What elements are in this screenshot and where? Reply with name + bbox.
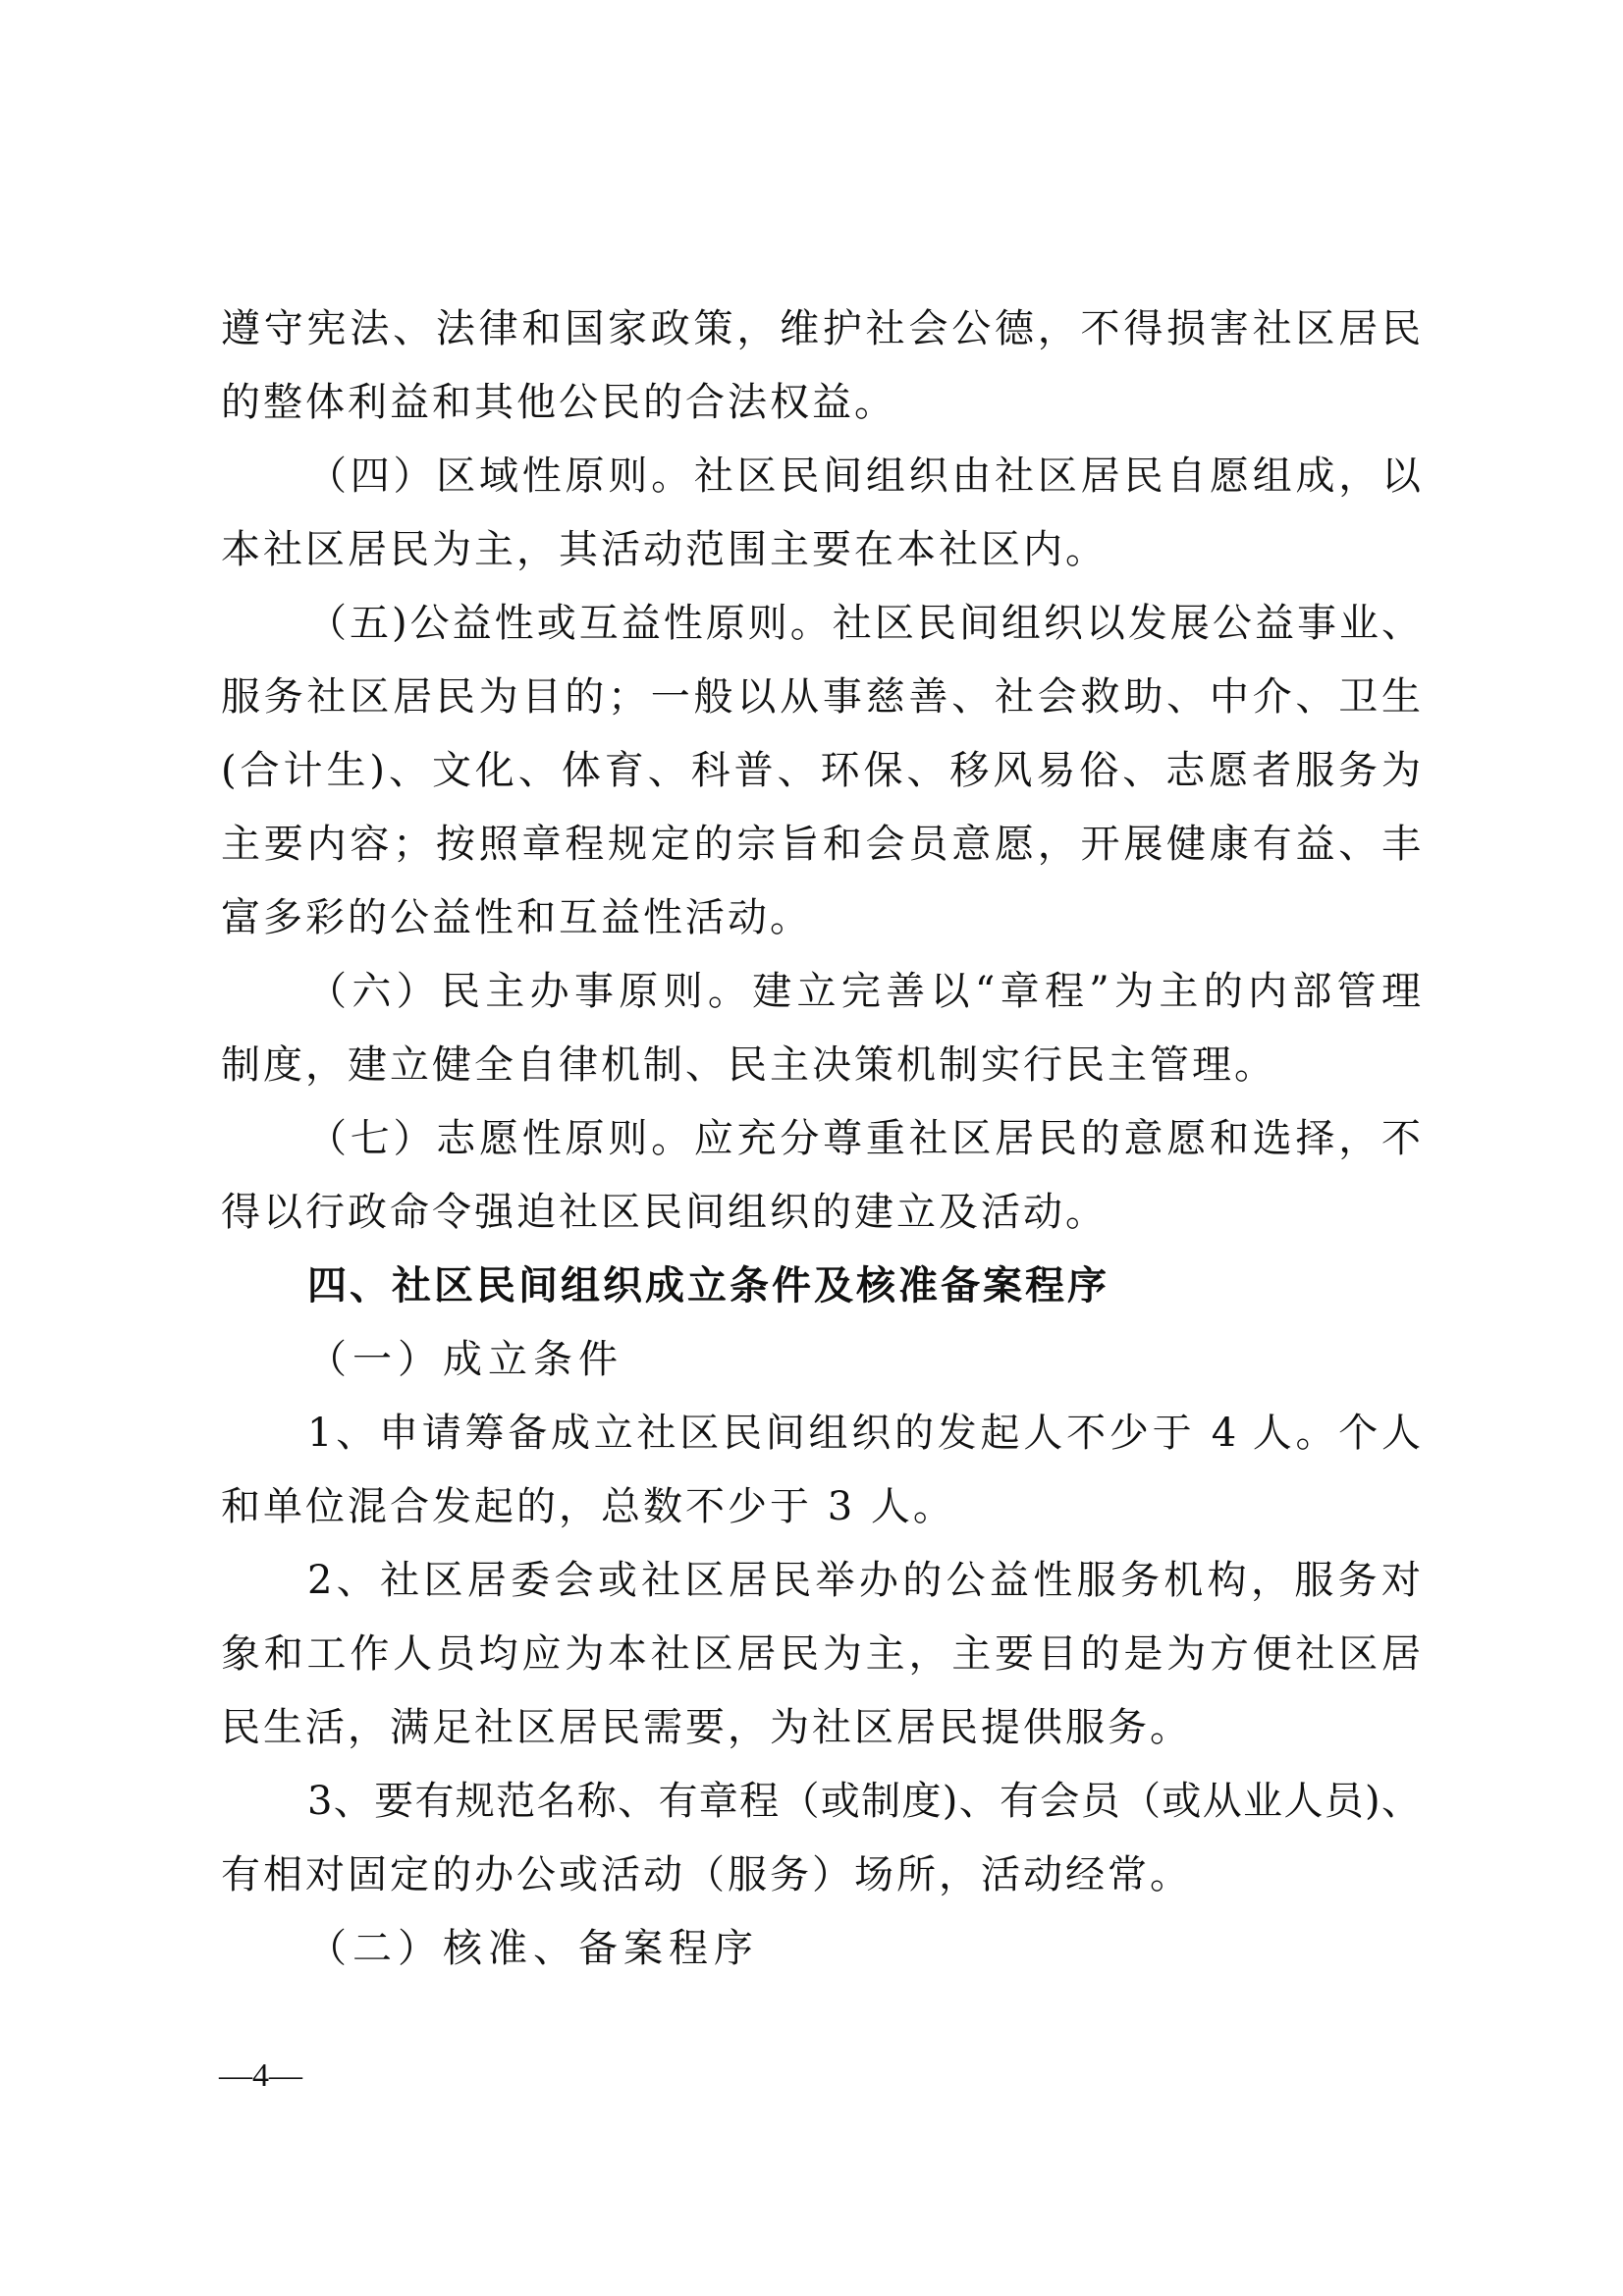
list-item-2-cont: 象和工作人员均应为本社区居民为主，主要目的是为方便社区居 <box>221 1618 1421 1691</box>
page-number: —4— <box>219 2052 302 2101</box>
list-item-1-cont: 和单位混合发起的，总数不少于 3 人。 <box>221 1470 1421 1544</box>
list-item-1: 1、申请筹备成立社区民间组织的发起人不少于 4 人。个人 <box>221 1397 1421 1470</box>
document-body: 遵守宪法、法律和国家政策，维护社会公德，不得损害社区居民 的整体利益和其他公民的… <box>221 293 1421 1986</box>
paragraph-principle-5: （五)公益性或互益性原则。社区民间组织以发展公益事业、 <box>221 587 1421 661</box>
list-item-2-cont: 民生活，满足社区居民需要，为社区居民提供服务。 <box>221 1691 1421 1765</box>
paragraph-line: 得以行政命令强迫社区民间组织的建立及活动。 <box>221 1176 1421 1250</box>
paragraph-principle-6: （六）民主办事原则。建立完善以“章程”为主的内部管理 <box>221 955 1421 1029</box>
paragraph-line: 服务社区居民为目的；一般以从事慈善、社会救助、中介、卫生 <box>221 661 1421 734</box>
paragraph-line: 制度，建立健全自律机制、民主决策机制实行民主管理。 <box>221 1029 1421 1102</box>
section-heading: 四、社区民间组织成立条件及核准备案程序 <box>221 1250 1421 1323</box>
paragraph-line: 主要内容；按照章程规定的宗旨和会员意愿，开展健康有益、丰 <box>221 808 1421 881</box>
paragraph-principle-7: （七）志愿性原则。应充分尊重社区居民的意愿和选择，不 <box>221 1102 1421 1176</box>
subsection-heading-procedure: （二）核准、备案程序 <box>221 1912 1421 1986</box>
document-page: 遵守宪法、法律和国家政策，维护社会公德，不得损害社区居民 的整体利益和其他公民的… <box>0 0 1623 2296</box>
list-item-3-cont: 有相对固定的办公或活动（服务）场所，活动经常。 <box>221 1839 1421 1912</box>
paragraph-line: (合计生)、文化、体育、科普、环保、移风易俗、志愿者服务为 <box>221 734 1421 808</box>
paragraph-line: 本社区居民为主，其活动范围主要在本社区内。 <box>221 513 1421 587</box>
list-item-3: 3、要有规范名称、有章程（或制度)、有会员（或从业人员)、 <box>221 1765 1421 1839</box>
paragraph-line: 的整体利益和其他公民的合法权益。 <box>221 366 1421 440</box>
paragraph-line: 富多彩的公益性和互益性活动。 <box>221 881 1421 955</box>
subsection-heading-establishment: （一）成立条件 <box>221 1323 1421 1397</box>
list-item-2: 2、社区居委会或社区居民举办的公益性服务机构，服务对 <box>221 1544 1421 1618</box>
paragraph-principle-4: （四）区域性原则。社区民间组织由社区居民自愿组成，以 <box>221 440 1421 513</box>
paragraph-line: 遵守宪法、法律和国家政策，维护社会公德，不得损害社区居民 <box>221 293 1421 366</box>
